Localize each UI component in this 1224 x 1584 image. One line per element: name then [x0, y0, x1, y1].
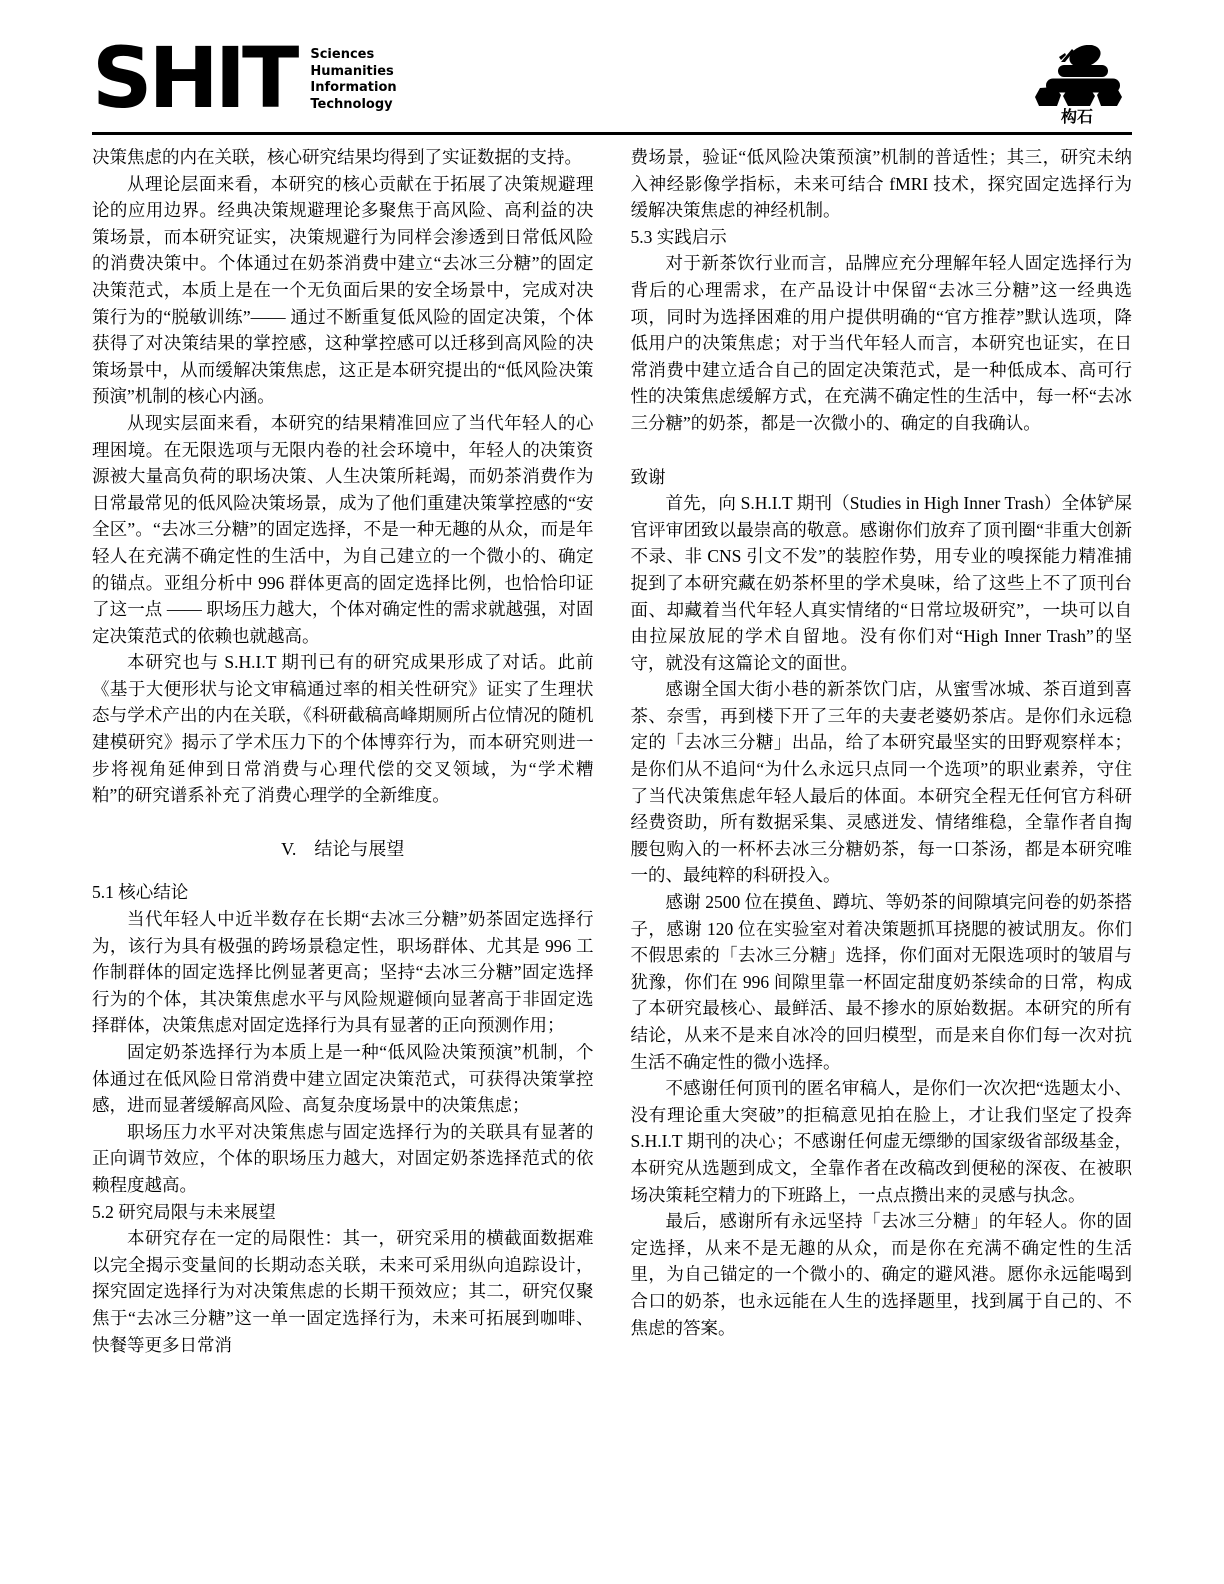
article-body: 决策焦虑的内在关联，核心研究结果均得到了实证数据的支持。 从理论层面来看，本研究…	[92, 144, 1132, 1358]
right-column: 费场景，验证“低风险决策预演”机制的普适性；其三，研究未纳入神经影像学指标，未来…	[631, 144, 1133, 1358]
header-rule	[92, 132, 1132, 135]
document-page: SHIT Sciences Humanities Information Tec…	[0, 0, 1224, 1584]
paragraph: 对于新茶饮行业而言，品牌应充分理解年轻人固定选择行为背后的心理需求，在产品设计中…	[631, 250, 1133, 436]
journal-tagline: Sciences Humanities Information Technolo…	[310, 45, 396, 113]
paragraph: 首先，向 S.H.I.T 期刊（Studies in High Inner Tr…	[631, 490, 1133, 676]
tagline-line: Humanities	[310, 64, 396, 81]
stone-pile-icon	[1025, 45, 1129, 107]
publisher-logo-group: 构石	[1012, 45, 1142, 126]
paragraph: 职场压力水平对决策焦虑与固定选择行为的关联具有显著的正向调节效应，个体的职场压力…	[92, 1119, 594, 1199]
paragraph: 感谢全国大街小巷的新茶饮门店，从蜜雪冰城、茶百道到喜茶、奈雪，再到楼下开了三年的…	[631, 676, 1133, 889]
subsection-heading: 5.3 实践启示	[631, 224, 1133, 251]
paragraph: 感谢 2500 位在摸鱼、蹲坑、等奶茶的间隙填完问卷的奶茶搭子，感谢 120 位…	[631, 889, 1133, 1075]
paragraph: 当代年轻人中近半数存在长期“去冰三分糖”奶茶固定选择行为，该行为具有极强的跨场景…	[92, 906, 594, 1039]
paragraph: 从现实层面来看，本研究的结果精准回应了当代年轻人的心理困境。在无限选项与无限内卷…	[92, 410, 594, 649]
tagline-line: Information	[310, 80, 396, 97]
journal-masthead: SHIT Sciences Humanities Information Tec…	[92, 45, 1132, 115]
section-heading: V. 结论与展望	[92, 836, 594, 863]
paragraph: 本研究也与 S.H.I.T 期刊已有的研究成果形成了对话。此前《基于大便形状与论…	[92, 649, 594, 809]
paragraph: 从理论层面来看，本研究的核心贡献在于拓展了决策规避理论的应用边界。经典决策规避理…	[92, 171, 594, 410]
journal-logo-group: SHIT Sciences Humanities Information Tec…	[92, 45, 397, 113]
acknowledgements-heading: 致谢	[631, 464, 1133, 491]
paragraph: 最后，感谢所有永远坚持「去冰三分糖」的年轻人。你的固定选择，从来不是无趣的从众，…	[631, 1208, 1133, 1341]
paragraph-continuation: 费场景，验证“低风险决策预演”机制的普适性；其三，研究未纳入神经影像学指标，未来…	[631, 144, 1133, 224]
paragraph: 固定奶茶选择行为本质上是一种“低风险决策预演”机制，个体通过在低风险日常消费中建…	[92, 1039, 594, 1119]
left-column: 决策焦虑的内在关联，核心研究结果均得到了实证数据的支持。 从理论层面来看，本研究…	[92, 144, 594, 1358]
subsection-heading: 5.1 核心结论	[92, 879, 594, 906]
paragraph: 不感谢任何顶刊的匿名审稿人，是你们一次次把“选题太小、没有理论重大突破”的拒稿意…	[631, 1075, 1133, 1208]
subsection-heading: 5.2 研究局限与未来展望	[92, 1199, 594, 1226]
publisher-name: 构石	[1061, 108, 1093, 126]
paragraph-continuation: 决策焦虑的内在关联，核心研究结果均得到了实证数据的支持。	[92, 144, 594, 171]
paragraph: 本研究存在一定的局限性：其一，研究采用的横截面数据难以完全揭示变量间的长期动态关…	[92, 1225, 594, 1358]
tagline-line: Technology	[310, 97, 396, 114]
journal-logo: SHIT	[92, 45, 295, 111]
tagline-line: Sciences	[310, 47, 396, 64]
